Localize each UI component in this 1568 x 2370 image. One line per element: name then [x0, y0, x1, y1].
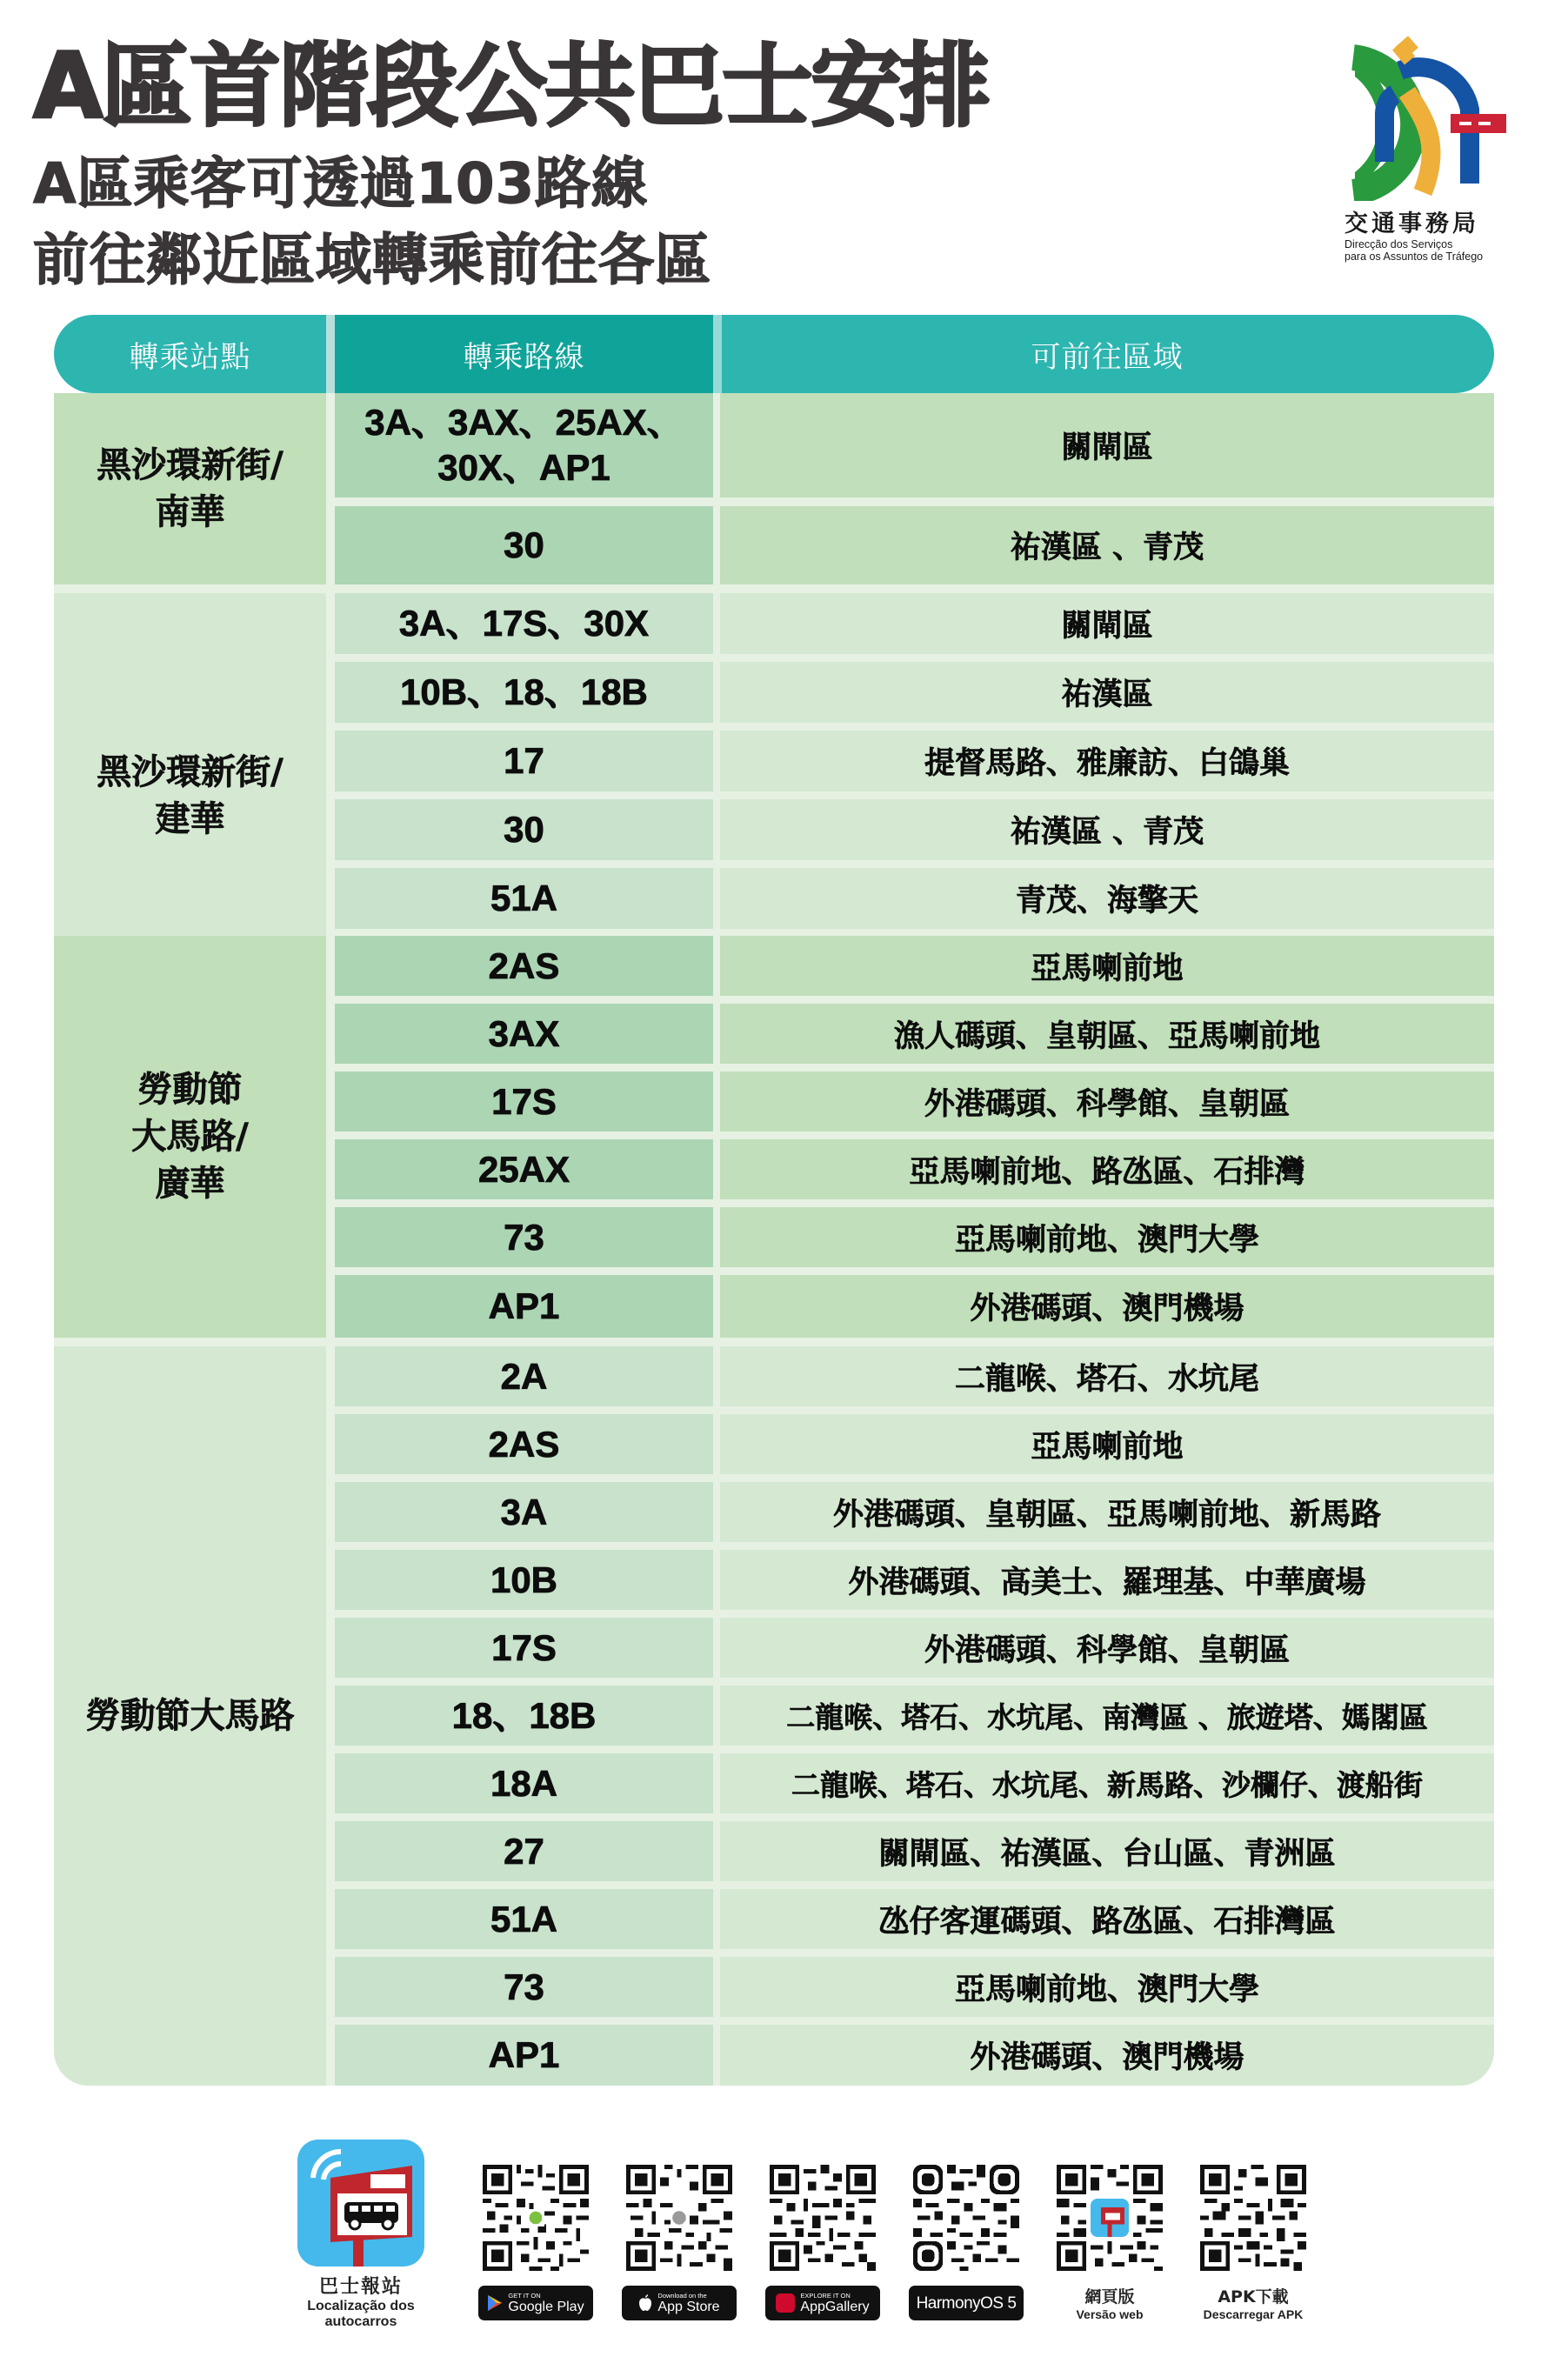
- bus-stop-app-icon[interactable]: [297, 2140, 424, 2267]
- table-group-4: 勞動節大馬路 2A 二龍喉、塔石、水坑尾 2AS 亞馬喇前地 3A 外港碼頭、皇…: [54, 1346, 1494, 2086]
- destination-cell: 漁人碼頭、皇朝區、亞馬喇前地: [720, 1004, 1494, 1064]
- table-row: 51A 氹仔客運碼頭、路氹區、石排灣區: [335, 1889, 1494, 1949]
- apple-icon: [638, 2294, 652, 2312]
- route-cell: AP1: [335, 2025, 713, 2086]
- destination-cell: 祐漢區 、青茂: [720, 506, 1494, 584]
- table-row: 30 祐漢區 、青茂: [335, 506, 1494, 584]
- table-row: AP1 外港碼頭、澳門機場: [335, 1275, 1494, 1338]
- qr-code-app-store[interactable]: [626, 2164, 732, 2272]
- table-row: 2AS 亞馬喇前地: [335, 936, 1494, 996]
- table-row: 18、18B 二龍喉、塔石、水坑尾、南灣區 、旅遊塔、媽閣區: [335, 1686, 1494, 1746]
- page-subtitle-line-1: A區乘客可透過103路線: [33, 146, 989, 223]
- column-divider: [326, 393, 335, 584]
- table-row: 27 關閘區、祐漢區、台山區、青洲區: [335, 1821, 1494, 1881]
- destination-cell: 氹仔客運碼頭、路氹區、石排灣區: [720, 1889, 1494, 1949]
- route-cell: 30: [335, 506, 713, 584]
- apk-download[interactable]: APK下載 Descarregar APK: [1196, 2164, 1311, 2321]
- qr-code-appgallery[interactable]: [770, 2164, 876, 2272]
- destination-cell: 關閘區: [720, 393, 1494, 497]
- destination-cell: 亞馬喇前地: [720, 936, 1494, 996]
- harmonyos-download[interactable]: HarmonyOS 5: [909, 2164, 1024, 2320]
- column-header-routes: 轉乘路線: [335, 315, 713, 393]
- column-header-destinations: 可前往區域: [720, 315, 1494, 393]
- qr-code-google-play[interactable]: [483, 2164, 589, 2272]
- footer: 巴士報站 Localização dos autocarros GET IT O…: [0, 2122, 1568, 2370]
- route-cell: 2AS: [335, 1414, 713, 1474]
- destination-cell: 二龍喉、塔石、水坑尾、南灣區 、旅遊塔、媽閣區: [720, 1686, 1494, 1746]
- table-body: 黑沙環新街/ 南華 3A、3AX、25AX、 30X、AP1 關閘區 30 祐漢…: [54, 393, 1494, 2086]
- table-row: 2AS 亞馬喇前地: [335, 1414, 1494, 1474]
- qr-code-harmonyos[interactable]: [913, 2164, 1019, 2272]
- route-cell: 3A: [335, 1482, 713, 1542]
- table-row: 17S 外港碼頭、科學館、皇朝區: [335, 1072, 1494, 1132]
- destination-cell: 關閘區: [720, 593, 1494, 654]
- appgallery-badge[interactable]: EXPLORE IT ONAppGallery: [765, 2286, 880, 2320]
- app-name-cn: 巴士報站: [296, 2272, 426, 2299]
- logo-name-cn: 交通事務局: [1344, 204, 1513, 238]
- route-cell: 2AS: [335, 936, 713, 996]
- table-row: 17S 外港碼頭、科學館、皇朝區: [335, 1618, 1494, 1678]
- route-cell: 18A: [335, 1753, 713, 1813]
- apk-download-label-cn: APK下載: [1196, 2284, 1311, 2307]
- destination-cell: 二龍喉、塔石、水坑尾、新馬路、沙欄仔、渡船街: [720, 1753, 1494, 1813]
- column-divider: [326, 1346, 335, 2086]
- route-cell: 51A: [335, 1889, 713, 1949]
- table-row: 2A 二龍喉、塔石、水坑尾: [335, 1346, 1494, 1406]
- title-block: A區首階段公共巴士安排 A區乘客可透過103路線 前往鄰近區域轉乘前往各區: [33, 35, 989, 299]
- destination-cell: 亞馬喇前地、澳門大學: [720, 1207, 1494, 1267]
- table-row: 3A、3AX、25AX、 30X、AP1 關閘區: [335, 393, 1494, 497]
- route-cell: 3AX: [335, 1004, 713, 1064]
- table-row: 10B、18、18B 祐漢區: [335, 662, 1494, 723]
- transfer-stop: 勞動節 大馬路/ 廣華: [54, 936, 326, 1338]
- table-row: 30 祐漢區 、青茂: [335, 799, 1494, 860]
- route-cell: 73: [335, 1957, 713, 2017]
- appgallery-download[interactable]: EXPLORE IT ONAppGallery: [765, 2164, 880, 2320]
- table-row: 3A、17S、30X 關閘區: [335, 593, 1494, 654]
- web-version-label-cn: 網頁版: [1052, 2284, 1167, 2307]
- destination-cell: 二龍喉、塔石、水坑尾: [720, 1346, 1494, 1406]
- route-cell: 30: [335, 799, 713, 860]
- route-cell: 10B、18、18B: [335, 662, 713, 723]
- route-cell: AP1: [335, 1275, 713, 1338]
- dsat-emblem-icon: [1339, 31, 1513, 201]
- destination-cell: 亞馬喇前地、澳門大學: [720, 1957, 1494, 2017]
- apk-download-label-pt: Descarregar APK: [1196, 2307, 1311, 2321]
- table-header: 轉乘站點 轉乘路線 可前往區域: [54, 315, 1494, 393]
- route-cell: 18、18B: [335, 1686, 713, 1746]
- column-header-stop: 轉乘站點: [54, 315, 326, 393]
- route-cell: 17S: [335, 1072, 713, 1132]
- web-version-label-pt: Versão web: [1052, 2307, 1167, 2321]
- page-subtitle-line-2: 前往鄰近區域轉乘前往各區: [33, 223, 989, 299]
- route-cell: 10B: [335, 1550, 713, 1610]
- harmonyos-badge[interactable]: HarmonyOS 5: [909, 2286, 1024, 2320]
- route-cell: 2A: [335, 1346, 713, 1406]
- destination-cell: 亞馬喇前地、路氹區、石排灣: [720, 1139, 1494, 1199]
- table-row: AP1 外港碼頭、澳門機場: [335, 2025, 1494, 2086]
- route-cell: 25AX: [335, 1139, 713, 1199]
- destination-cell: 亞馬喇前地: [720, 1414, 1494, 1474]
- table-row: 10B 外港碼頭、高美士、羅理基、中華廣場: [335, 1550, 1494, 1610]
- route-cell: 3A、17S、30X: [335, 593, 713, 654]
- table-row: 18A 二龍喉、塔石、水坑尾、新馬路、沙欄仔、渡船街: [335, 1753, 1494, 1813]
- logo-name-pt-1: Direcção dos Serviços: [1344, 238, 1492, 250]
- destination-cell: 外港碼頭、高美士、羅理基、中華廣場: [720, 1550, 1494, 1610]
- route-cell: 17S: [335, 1618, 713, 1678]
- table-row: 73 亞馬喇前地、澳門大學: [335, 1207, 1494, 1267]
- transfer-table: 轉乘站點 轉乘路線 可前往區域 黑沙環新街/ 南華 3A、3AX、25AX、 3…: [54, 315, 1494, 2086]
- qr-code-web-version[interactable]: [1057, 2164, 1163, 2272]
- google-play-icon: [487, 2294, 503, 2312]
- destination-cell: 提督馬路、雅廉訪、白鴿巢: [720, 731, 1494, 791]
- table-group-1: 黑沙環新街/ 南華 3A、3AX、25AX、 30X、AP1 關閘區 30 祐漢…: [54, 393, 1494, 584]
- table-row: 73 亞馬喇前地、澳門大學: [335, 1957, 1494, 2017]
- destination-cell: 祐漢區 、青茂: [720, 799, 1494, 860]
- google-play-badge[interactable]: GET IT ONGoogle Play: [478, 2286, 593, 2320]
- logo-name-pt-2: para os Assuntos de Tráfego: [1344, 250, 1492, 263]
- destination-cell: 青茂、海擎天: [720, 868, 1494, 929]
- destination-cell: 關閘區、祐漢區、台山區、青洲區: [720, 1821, 1494, 1881]
- destination-cell: 祐漢區: [720, 662, 1494, 723]
- bus-app[interactable]: 巴士報站 Localização dos autocarros: [296, 2140, 426, 2330]
- route-cell: 27: [335, 1821, 713, 1881]
- route-cell: 17: [335, 731, 713, 791]
- dsat-logo: 交通事務局 Direcção dos Serviços para os Assu…: [1339, 31, 1513, 275]
- table-row: 3A 外港碼頭、皇朝區、亞馬喇前地、新馬路: [335, 1482, 1494, 1542]
- destination-cell: 外港碼頭、澳門機場: [720, 1275, 1494, 1338]
- table-row: 25AX 亞馬喇前地、路氹區、石排灣: [335, 1139, 1494, 1199]
- route-cell: 51A: [335, 868, 713, 929]
- route-cell: 3A、3AX、25AX、 30X、AP1: [335, 393, 713, 497]
- app-store-download[interactable]: Download on theApp Store: [622, 2164, 737, 2320]
- app-name-pt: Localização dos autocarros: [296, 2299, 426, 2330]
- transfer-stop: 勞動節大馬路: [54, 1346, 326, 2086]
- google-play-download[interactable]: GET IT ONGoogle Play: [478, 2164, 593, 2320]
- huawei-icon: [776, 2293, 795, 2313]
- destination-cell: 外港碼頭、科學館、皇朝區: [720, 1618, 1494, 1678]
- web-version-link[interactable]: 網頁版 Versão web: [1052, 2164, 1167, 2321]
- app-store-badge[interactable]: Download on theApp Store: [622, 2286, 737, 2320]
- page-title: A區首階段公共巴士安排: [33, 35, 989, 137]
- destination-cell: 外港碼頭、科學館、皇朝區: [720, 1072, 1494, 1132]
- table-row: 17 提督馬路、雅廉訪、白鴿巢: [335, 731, 1494, 791]
- transfer-stop: 黑沙環新街/ 南華: [54, 393, 326, 584]
- destination-cell: 外港碼頭、澳門機場: [720, 2025, 1494, 2086]
- destination-cell: 外港碼頭、皇朝區、亞馬喇前地、新馬路: [720, 1482, 1494, 1542]
- table-group-3: 勞動節 大馬路/ 廣華 2AS 亞馬喇前地 3AX 漁人碼頭、皇朝區、亞馬喇前地…: [54, 936, 1494, 1338]
- route-cell: 73: [335, 1207, 713, 1267]
- table-row: 3AX 漁人碼頭、皇朝區、亞馬喇前地: [335, 1004, 1494, 1064]
- qr-code-apk[interactable]: [1200, 2164, 1306, 2272]
- column-divider: [326, 936, 335, 1338]
- header-divider: [326, 315, 335, 393]
